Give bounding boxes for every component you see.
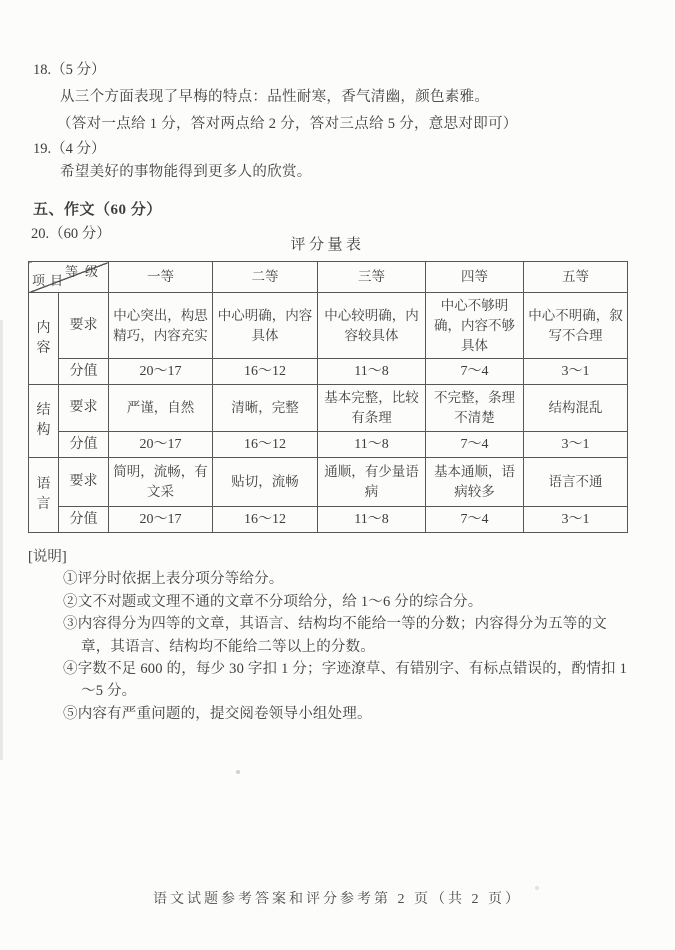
row-label-score: 分值 [59,432,109,458]
requirement-cell: 基本完整，比较有条理 [318,385,426,432]
notes-section: [说明] ①评分时依据上表分项分等给分。 ②文不对题或文理不通的文章不分项给分，… [28,546,628,725]
q18-scoring-note: （答对一点给 1 分，答对两点给 2 分，答对三点给 5 分，意思对即可） [57,112,518,133]
score-cell: 11～8 [318,359,426,385]
requirement-cell: 基本通顺，语病较多 [426,458,524,507]
grade-header: 一等 [109,262,213,293]
score-cell: 7～4 [426,359,524,385]
corner-grade-label: 等级 [65,262,105,282]
grade-header: 五等 [524,262,628,293]
requirement-cell: 贴切，流畅 [213,458,318,507]
requirement-cell: 中心突出，构思精巧，内容充实 [109,293,213,359]
notes-label: [说明] [28,546,628,568]
category-label-language: 语言 [29,458,59,533]
row-label-requirement: 要求 [59,385,109,432]
requirement-cell: 严谨，自然 [109,385,213,432]
q18-answer: 从三个方面表现了早梅的特点：品性耐寒，香气清幽，颜色素雅。 [60,85,489,106]
row-label-score: 分值 [59,507,109,533]
grade-header: 二等 [213,262,318,293]
rubric-header-row: 等级 项目 一等 二等 三等 四等 五等 [29,262,628,293]
structure-requirement-row: 结构 要求 严谨，自然 清晰，完整 基本完整，比较有条理 不完整，条理不清楚 结… [29,385,628,432]
language-requirement-row: 语言 要求 简明，流畅，有文采 贴切，流畅 通顺，有少量语病 基本通顺，语病较多… [29,458,628,507]
scoring-rubric-table: 等级 项目 一等 二等 三等 四等 五等 内容 要求 中心突出，构思精巧，内容充… [28,261,628,533]
requirement-cell: 结构混乱 [524,385,628,432]
requirement-cell: 语言不通 [524,458,628,507]
scanned-answer-key-page: 18.（5 分） 从三个方面表现了早梅的特点：品性耐寒，香气清幽，颜色素雅。 （… [0,0,675,950]
essay-section-heading: 五、作文（60 分） [33,198,162,219]
note-item-5: ⑤内容有严重问题的，提交阅卷领导小组处理。 [63,703,628,725]
requirement-cell: 中心较明确，内容较具体 [318,293,426,359]
requirement-cell: 中心不够明确，内容不够具体 [426,293,524,359]
structure-score-row: 分值 20～17 16～12 11～8 7～4 3～1 [29,432,628,458]
rubric-corner-cell: 等级 项目 [29,262,109,293]
grade-header: 四等 [426,262,524,293]
row-label-score: 分值 [59,359,109,385]
requirement-cell: 中心明确，内容具体 [213,293,318,359]
q19-number: 19.（4 分） [33,137,106,158]
category-label-structure: 结构 [29,385,59,458]
score-cell: 3～1 [524,359,628,385]
requirement-cell: 简明，流畅，有文采 [109,458,213,507]
q18-number: 18.（5 分） [33,58,106,79]
corner-item-label: 项目 [32,271,68,291]
score-cell: 3～1 [524,432,628,458]
scan-edge-artifact [0,320,3,760]
content-requirement-row: 内容 要求 中心突出，构思精巧，内容充实 中心明确，内容具体 中心较明确，内容较… [29,293,628,359]
score-cell: 16～12 [213,359,318,385]
content-score-row: 分值 20～17 16～12 11～8 7～4 3～1 [29,359,628,385]
score-cell: 20～17 [109,432,213,458]
score-cell: 16～12 [213,432,318,458]
grade-header: 三等 [318,262,426,293]
requirement-cell: 中心不明确，叙写不合理 [524,293,628,359]
note-item-2: ②文不对题或文理不通的文章不分项给分，给 1～6 分的综合分。 [63,591,628,613]
page-footer: 语文试题参考答案和评分参考第 2 页（共 2 页） [0,888,675,908]
requirement-cell: 不完整，条理不清楚 [426,385,524,432]
requirement-cell: 通顺，有少量语病 [318,458,426,507]
note-item-4: ④字数不足 600 的，每少 30 字扣 1 分；字迹潦草、有错别字、有标点错误… [63,658,628,703]
score-cell: 20～17 [109,507,213,533]
score-cell: 20～17 [109,359,213,385]
row-label-requirement: 要求 [59,293,109,359]
score-cell: 7～4 [426,507,524,533]
score-cell: 16～12 [213,507,318,533]
note-item-3: ③内容得分为四等的文章，其语言、结构均不能给一等的分数；内容得分为五等的文章，其… [63,613,628,658]
note-item-1: ①评分时依据上表分项分等给分。 [63,568,628,590]
score-cell: 11～8 [318,507,426,533]
language-score-row: 分值 20～17 16～12 11～8 7～4 3～1 [29,507,628,533]
scan-speck [535,886,539,890]
scan-speck [236,770,240,774]
score-cell: 3～1 [524,507,628,533]
requirement-cell: 清晰，完整 [213,385,318,432]
category-label-content: 内容 [29,293,59,385]
score-cell: 11～8 [318,432,426,458]
score-cell: 7～4 [426,432,524,458]
row-label-requirement: 要求 [59,458,109,507]
rubric-table-title: 评分量表 [28,233,627,254]
q19-answer: 希望美好的事物能得到更多人的欣赏。 [60,160,312,181]
